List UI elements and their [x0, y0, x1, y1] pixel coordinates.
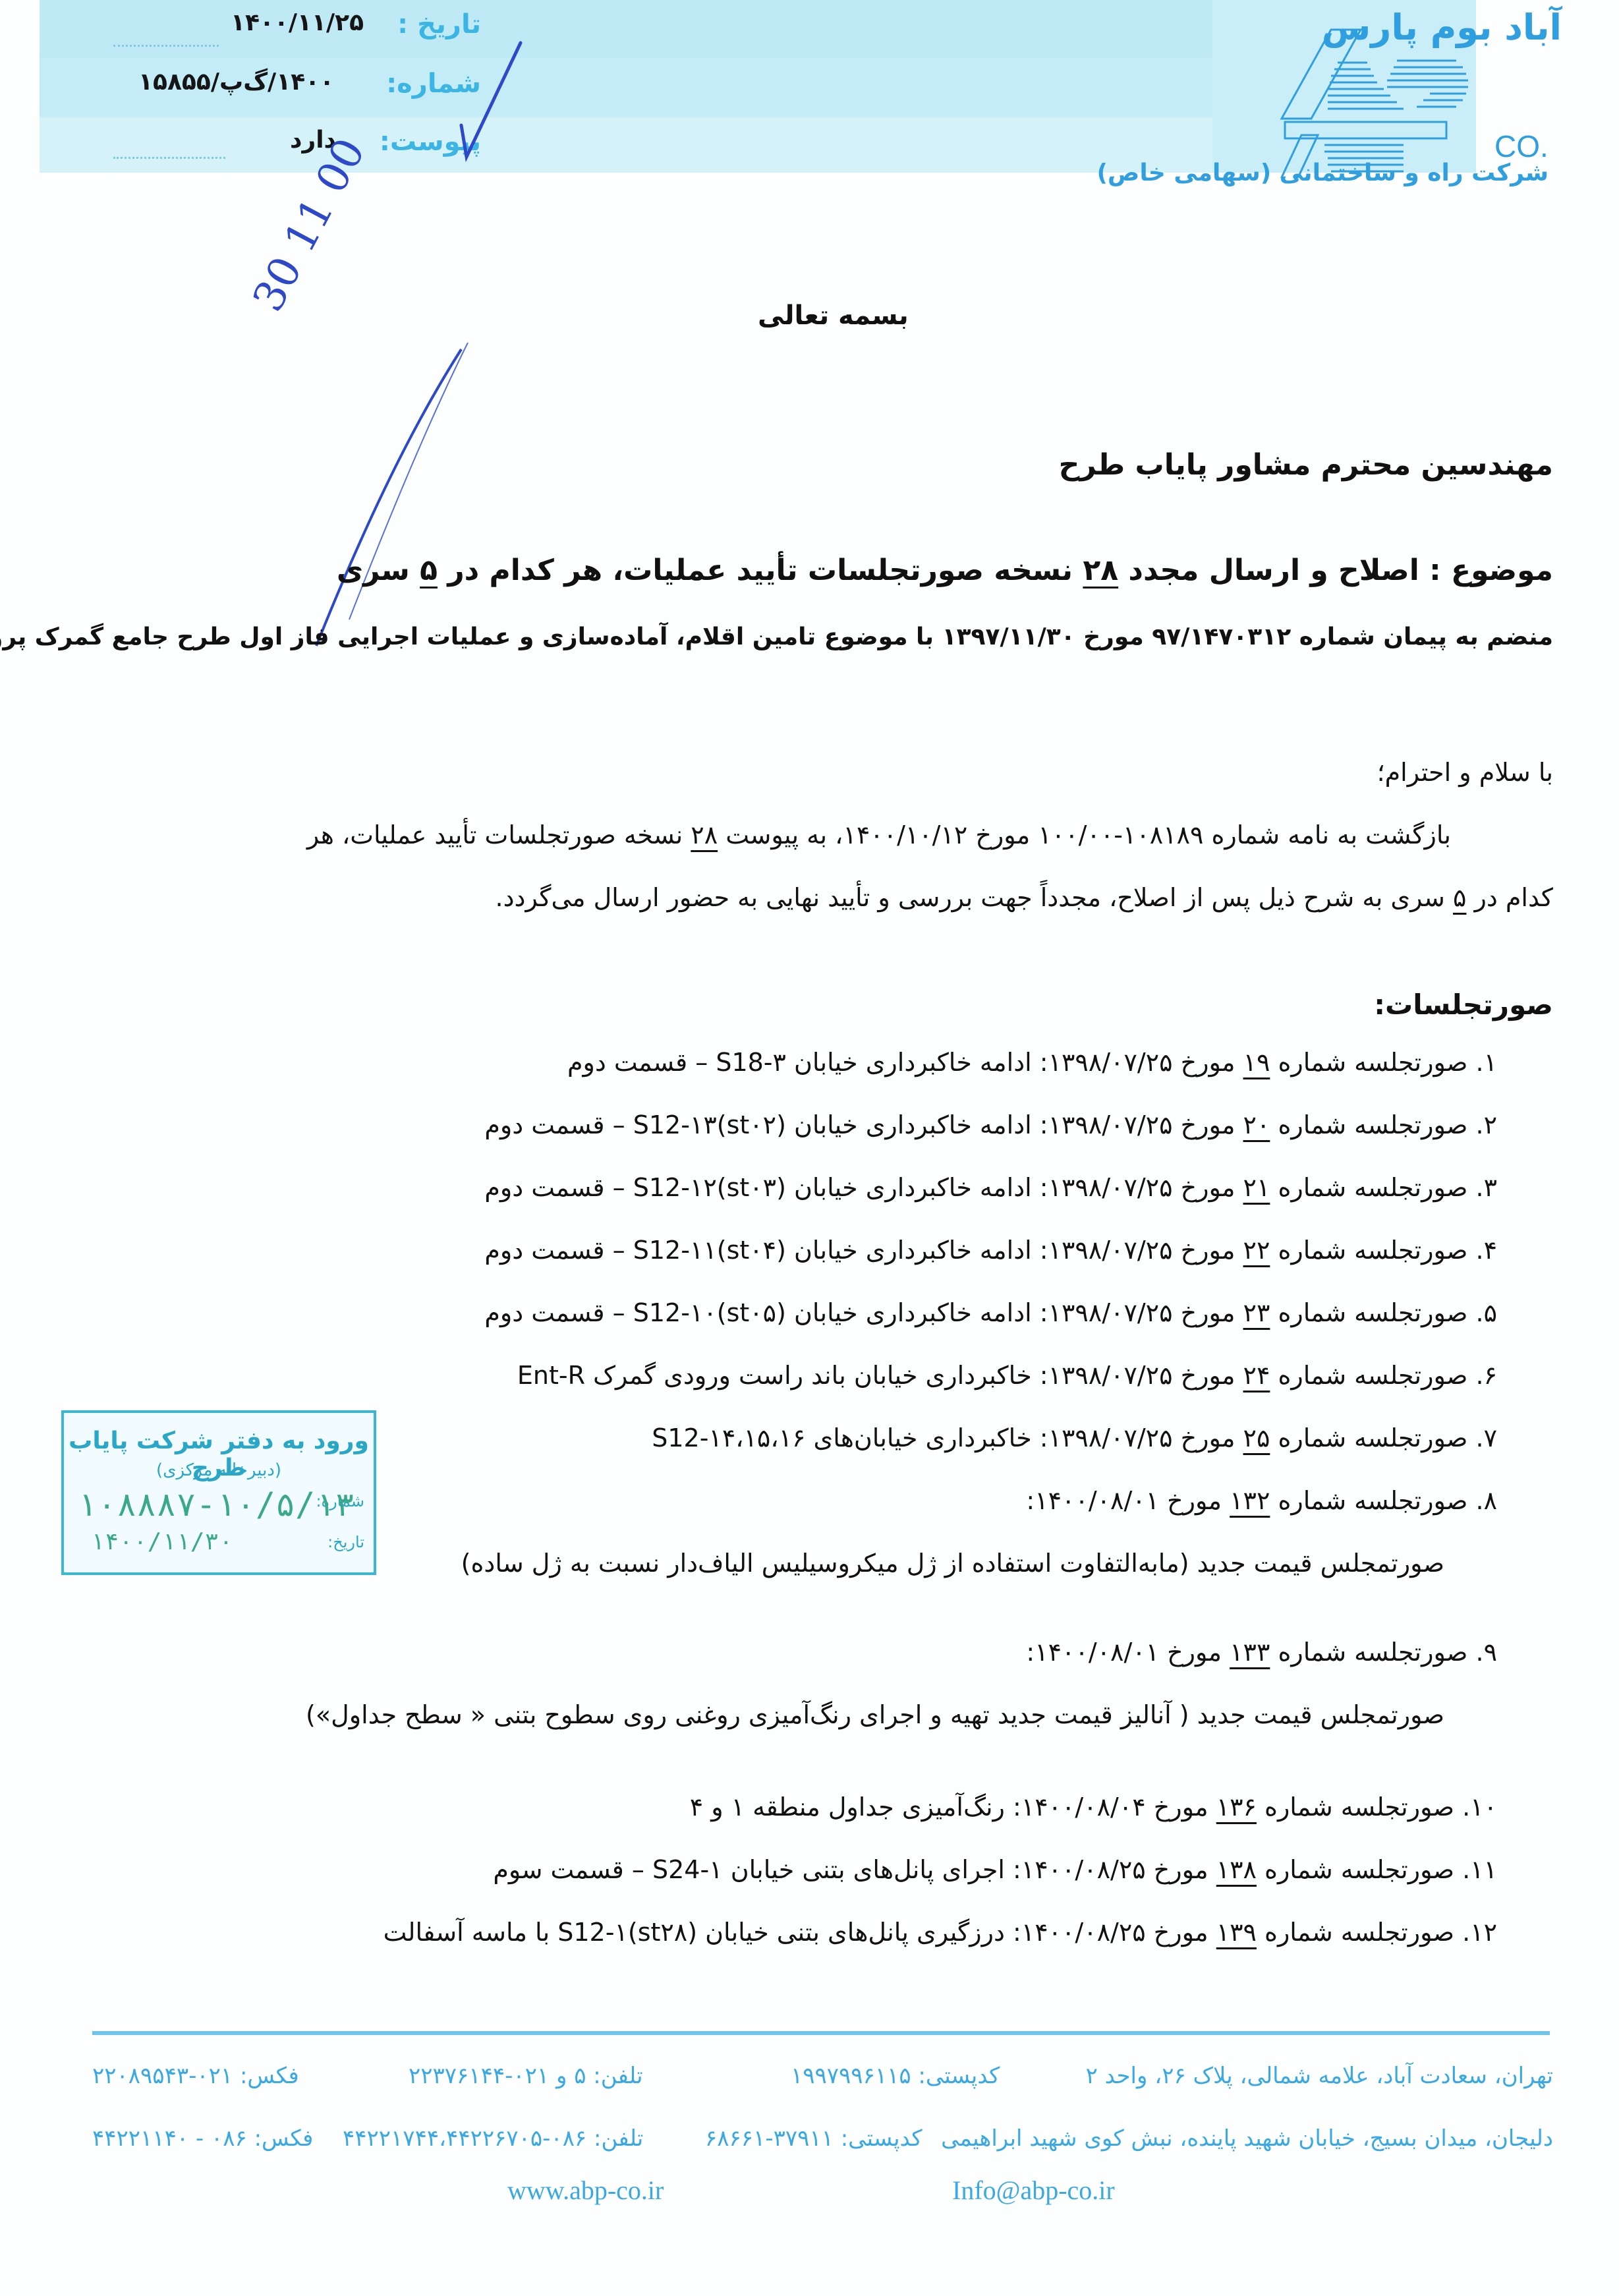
minutes-item-1: ۱. صورتجلسه شماره ۱۹ مورخ ۱۳۹۸/۰۷/۲۵: اد… — [567, 1048, 1497, 1077]
delijan-fax: فکس: ۰۸۶ - ۴۴۲۲۱۱۴۰ — [92, 2125, 313, 2152]
minutes-item-3: ۳. صورتجلسه شماره ۲۱ مورخ ۱۳۹۸/۰۷/۲۵: اد… — [484, 1173, 1497, 1202]
received-stamp: ورود به دفتر شرکت پایاب طرح (دبیرخانه مر… — [61, 1410, 376, 1575]
item-number: ۱۳۹ — [1216, 1918, 1257, 1947]
delijan-postal-code: کدپستی: ۳۷۹۱۱-۶۸۶۶۱ — [705, 2125, 923, 2152]
subject-line: موضوع : اصلاح و ارسال مجدد ۲۸ نسخه صورتج… — [337, 554, 1553, 588]
footer-divider — [92, 2031, 1550, 2035]
minutes-item-8: ۸. صورتجلسه شماره ۱۳۲ مورخ ۱۴۰۰/۰۸/۰۱: — [1026, 1486, 1497, 1515]
item-number: ۲۳ — [1243, 1298, 1270, 1327]
item-index: ۱۰. — [1462, 1793, 1497, 1822]
para2-series: ۵ — [1453, 883, 1466, 912]
item-number: ۱۳۸ — [1216, 1855, 1257, 1884]
recipient-line: مهندسین محترم مشاور پایاب طرح — [1059, 448, 1553, 483]
item-description: مورخ ۱۳۹۸/۰۷/۲۵: ادامه خاکبرداری خیابان … — [484, 1298, 1235, 1327]
item-description: مورخ ۱۴۰۰/۰۸/۰۱: — [1026, 1638, 1222, 1667]
item-index: ۳. — [1475, 1173, 1497, 1202]
item-index: ۷. — [1475, 1423, 1497, 1452]
item-index: ۲. — [1475, 1110, 1497, 1139]
item-prefix: صورتجلسه شماره — [1278, 1638, 1467, 1667]
item-number: ۲۲ — [1243, 1236, 1270, 1265]
item-prefix: صورتجلسه شماره — [1278, 1423, 1467, 1452]
item-number: ۲۱ — [1243, 1173, 1270, 1202]
minutes-item-9: ۹. صورتجلسه شماره ۱۳۳ مورخ ۱۴۰۰/۰۸/۰۱: — [1026, 1638, 1497, 1667]
tehran-address: تهران، سعادت آباد، علامه شمالی، پلاک ۲۶،… — [1086, 2063, 1553, 2089]
email-link[interactable]: Info@abp-co.ir — [952, 2175, 1115, 2206]
item-description: مورخ ۱۴۰۰/۰۸/۰۴: رنگ‌آمیزی جداول منطقه ۱… — [690, 1793, 1208, 1822]
minutes-item-6: ۶. صورتجلسه شماره ۲۴ مورخ ۱۳۹۸/۰۷/۲۵: خا… — [517, 1361, 1497, 1390]
body-paragraph-line-1: بازگشت به نامه شماره ۱۰۸۱۸۹-۱۰۰/۰۰ مورخ … — [307, 820, 1451, 851]
minutes-item-7: ۷. صورتجلسه شماره ۲۵ مورخ ۱۳۹۸/۰۷/۲۵: خا… — [652, 1423, 1497, 1452]
stamp-date-label: تاریخ: — [327, 1533, 364, 1551]
header-attachment-row: پیوست: دارد — [40, 117, 1212, 173]
subject-suffix: سری — [337, 554, 410, 587]
item-prefix: صورتجلسه شماره — [1264, 1855, 1454, 1884]
para1-text-a: بازگشت به نامه شماره ۱۰۸۱۸۹-۱۰۰/۰۰ مورخ … — [725, 820, 1451, 849]
minutes-item-12: ۱۲. صورتجلسه شماره ۱۳۹ مورخ ۱۴۰۰/۰۸/۲۵: … — [383, 1918, 1497, 1947]
para1-count: ۲۸ — [691, 820, 718, 849]
tehran-fax: فکس: ۰۲۱-۲۲۰۸۹۵۴۳ — [92, 2063, 299, 2089]
header-number-row: شماره: ۱۴۰۰/گ‌پ/۱۵۸۵۵ — [40, 58, 1212, 116]
item-number: ۱۳۶ — [1216, 1793, 1257, 1822]
item-prefix: صورتجلسه شماره — [1278, 1236, 1467, 1265]
date-label: تاریخ : — [349, 9, 481, 40]
item-prefix: صورتجلسه شماره — [1278, 1486, 1467, 1515]
greeting: با سلام و احترام؛ — [1377, 758, 1553, 788]
item-prefix: صورتجلسه شماره — [1264, 1918, 1454, 1947]
item-index: ۶. — [1475, 1361, 1497, 1390]
item-description: مورخ ۱۴۰۰/۰۸/۰۱: — [1026, 1486, 1222, 1515]
company-logo: آباد بوم پارس CO. شرکت راه و ساختمانی (س… — [1245, 7, 1562, 185]
date-dots — [113, 45, 219, 47]
item-prefix: صورتجلسه شماره — [1278, 1110, 1467, 1139]
item-number: ۱۹ — [1243, 1048, 1270, 1077]
item-index: ۱۱. — [1462, 1855, 1497, 1884]
tehran-phone: تلفن: ۵ و ۰۲۱-۲۲۳۷۶۱۴۴ — [409, 2063, 643, 2089]
subject-middle: نسخه صورتجلسات تأیید عملیات، هر کدام در — [447, 554, 1073, 587]
minutes-item-5: ۵. صورتجلسه شماره ۲۳ مورخ ۱۳۹۸/۰۷/۲۵: اد… — [484, 1298, 1497, 1327]
stamp-date-value: ۱۴۰۰/۱۱/۳۰ — [90, 1528, 233, 1555]
delijan-address: دلیجان، میدان بسیج، خیابان شهید پاینده، … — [941, 2125, 1553, 2152]
item-description: مورخ ۱۳۹۸/۰۷/۲۵: ادامه خاکبرداری خیابان … — [484, 1236, 1235, 1265]
header-date-row: تاریخ : ۱۴۰۰/۱۱/۲۵ — [40, 0, 1212, 58]
minutes-item-8-detail: صورتمجلس قیمت جدید (مابه‌التفاوت استفاده… — [461, 1549, 1444, 1578]
para1-text-b: نسخه صورتجلسات تأیید عملیات، هر — [307, 820, 683, 849]
item-prefix: صورتجلسه شماره — [1278, 1173, 1467, 1202]
number-value: ۱۴۰۰/گ‌پ/۱۵۸۵۵ — [138, 69, 336, 96]
item-index: ۱. — [1475, 1048, 1497, 1077]
logo-co: CO. — [1494, 129, 1548, 164]
minutes-item-2: ۲. صورتجلسه شماره ۲۰ مورخ ۱۳۹۸/۰۷/۲۵: اد… — [484, 1110, 1497, 1139]
item-prefix: صورتجلسه شماره — [1264, 1793, 1454, 1822]
subject-count: ۲۸ — [1083, 554, 1118, 587]
minutes-item-4: ۴. صورتجلسه شماره ۲۲ مورخ ۱۳۹۸/۰۷/۲۵: اد… — [484, 1236, 1497, 1265]
item-index: ۵. — [1475, 1298, 1497, 1327]
contract-reference: منضم به پیمان شماره ۹۷/۱۴۷۰۳۱۲ مورخ ۱۳۹۷… — [0, 623, 1553, 651]
item-number: ۱۳۲ — [1230, 1486, 1270, 1515]
delijan-phone: تلفن: ۰۸۶-۴۴۲۲۱۷۴۴،۴۴۲۲۶۷۰۵ — [343, 2125, 643, 2152]
para2-text-a: کدام در — [1475, 883, 1553, 912]
item-prefix: صورتجلسه شماره — [1278, 1361, 1467, 1390]
item-prefix: صورتجلسه شماره — [1278, 1298, 1467, 1327]
item-index: ۴. — [1475, 1236, 1497, 1265]
check-mark-icon — [448, 40, 527, 171]
attachment-dots — [113, 157, 225, 159]
item-description: مورخ ۱۳۹۸/۰۷/۲۵: ادامه خاکبرداری خیابان … — [484, 1110, 1235, 1139]
item-description: مورخ ۱۴۰۰/۰۸/۲۵: اجرای پانل‌های بتنی خیا… — [493, 1855, 1208, 1884]
item-description: مورخ ۱۳۹۸/۰۷/۲۵: خاکبرداری خیابان باند ر… — [517, 1361, 1236, 1390]
item-description: مورخ ۱۳۹۸/۰۷/۲۵: ادامه خاکبرداری خیابان … — [567, 1048, 1236, 1077]
item-description: مورخ ۱۳۹۸/۰۷/۲۵: خاکبرداری خیابان‌های S1… — [652, 1423, 1235, 1452]
minutes-item-11: ۱۱. صورتجلسه شماره ۱۳۸ مورخ ۱۴۰۰/۰۸/۲۵: … — [493, 1855, 1497, 1884]
item-description: مورخ ۱۴۰۰/۰۸/۲۵: درزگیری پانل‌های بتنی خ… — [383, 1918, 1208, 1947]
minutes-item-9-detail: صورتمجلس قیمت جدید ( آنالیز قیمت جدید ته… — [306, 1700, 1444, 1729]
para2-text-b: سری به شرح ذیل پس از اصلاح، مجدداً جهت ب… — [496, 883, 1445, 912]
website-link[interactable]: www.abp-co.ir — [507, 2175, 664, 2206]
logo-subtitle: شرکت راه و ساختمانی (سهامی خاص) — [1096, 159, 1548, 187]
item-index: ۱۲. — [1462, 1918, 1497, 1947]
body-paragraph-line-2: کدام در ۵ سری به شرح ذیل پس از اصلاح، مج… — [496, 883, 1553, 913]
subject-series: ۵ — [420, 554, 438, 587]
tehran-postal-code: کدپستی: ۱۹۹۷۹۹۶۱۱۵ — [791, 2063, 1000, 2089]
subject-prefix: موضوع : اصلاح و ارسال مجدد — [1128, 554, 1553, 587]
minutes-item-10: ۱۰. صورتجلسه شماره ۱۳۶ مورخ ۱۴۰۰/۰۸/۰۴: … — [690, 1793, 1497, 1822]
item-description: مورخ ۱۳۹۸/۰۷/۲۵: ادامه خاکبرداری خیابان … — [484, 1173, 1235, 1202]
item-number: ۲۴ — [1243, 1361, 1270, 1390]
item-index: ۸. — [1475, 1486, 1497, 1515]
item-index: ۹. — [1475, 1638, 1497, 1667]
stamp-subtitle: (دبیرخانه مرکزی) — [64, 1460, 374, 1480]
item-number: ۲۰ — [1243, 1110, 1270, 1139]
item-number: ۲۵ — [1243, 1423, 1270, 1452]
minutes-list-title: صورتجلسات: — [1374, 989, 1553, 1021]
abp-logo-mark-icon — [1245, 20, 1483, 178]
item-number: ۱۳۳ — [1230, 1638, 1270, 1667]
item-prefix: صورتجلسه شماره — [1278, 1048, 1467, 1077]
invocation: بسمه تعالی — [758, 300, 909, 331]
stamp-number-value: ۱۰۸۸۸۷-۱۰/۵/۱۳ — [77, 1485, 355, 1524]
date-value: ۱۴۰۰/۱۱/۲۵ — [231, 9, 364, 36]
